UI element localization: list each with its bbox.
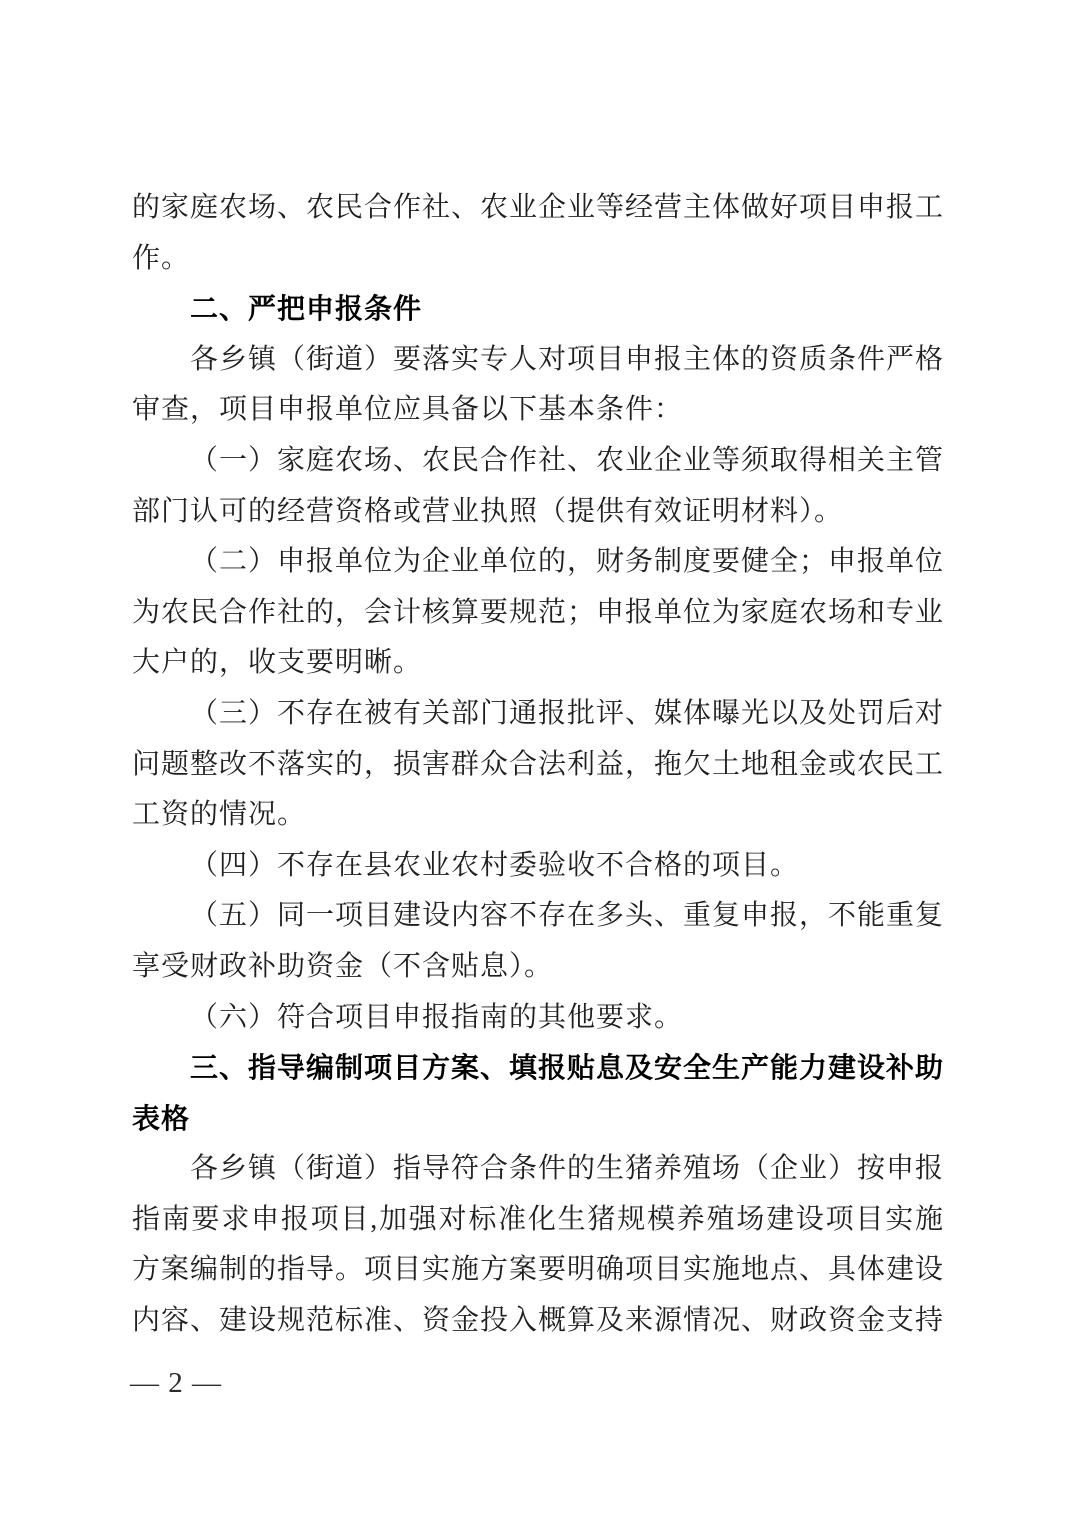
text-line: （六）符合项目申报指南的其他要求。 (132, 993, 943, 1044)
heading-line: 三、指导编制项目方案、填报贴息及安全生产能力建设补助 (132, 1043, 943, 1094)
document-body: 的家庭农场、农民合作社、农业企业等经营主体做好项目申报工作。二、严把申报条件各乡… (132, 183, 943, 1347)
text-line: 享受财政补助资金（不含贴息）。 (132, 942, 943, 993)
heading-line: 二、严把申报条件 (132, 284, 943, 335)
text-line: 作。 (132, 234, 943, 285)
text-line: 方案编制的指导。项目实施方案要明确项目实施地点、具体建设 (132, 1245, 943, 1296)
text-line: 部门认可的经营资格或营业执照（提供有效证明材料）。 (132, 487, 943, 538)
text-line: 问题整改不落实的，损害群众合法利益，拖欠土地租金或农民工 (132, 740, 943, 791)
text-line: 工资的情况。 (132, 790, 943, 841)
text-line: 各乡镇（街道）指导符合条件的生猪养殖场（企业）按申报 (132, 1144, 943, 1195)
heading-line: 表格 (132, 1094, 943, 1145)
text-line: 各乡镇（街道）要落实专人对项目申报主体的资质条件严格 (132, 335, 943, 386)
document-page: 的家庭农场、农民合作社、农业企业等经营主体做好项目申报工作。二、严把申报条件各乡… (0, 0, 1074, 1520)
text-line: （二）申报单位为企业单位的，财务制度要健全；申报单位 (132, 537, 943, 588)
page-number: — 2 — (130, 1365, 222, 1401)
text-line: 审查，项目申报单位应具备以下基本条件： (132, 385, 943, 436)
text-line: （三）不存在被有关部门通报批评、媒体曝光以及处罚后对 (132, 689, 943, 740)
text-line: （五）同一项目建设内容不存在多头、重复申报，不能重复 (132, 891, 943, 942)
text-line: 大户的，收支要明晰。 (132, 638, 943, 689)
text-line: （一）家庭农场、农民合作社、农业企业等须取得相关主管 (132, 436, 943, 487)
text-line: 的家庭农场、农民合作社、农业企业等经营主体做好项目申报工 (132, 183, 943, 234)
text-line: （四）不存在县农业农村委验收不合格的项目。 (132, 841, 943, 892)
text-line: 指南要求申报项目,加强对标准化生猪规模养殖场建设项目实施 (132, 1195, 943, 1246)
text-line: 内容、建设规范标准、资金投入概算及来源情况、财政资金支持 (132, 1296, 943, 1347)
text-line: 为农民合作社的，会计核算要规范；申报单位为家庭农场和专业 (132, 588, 943, 639)
